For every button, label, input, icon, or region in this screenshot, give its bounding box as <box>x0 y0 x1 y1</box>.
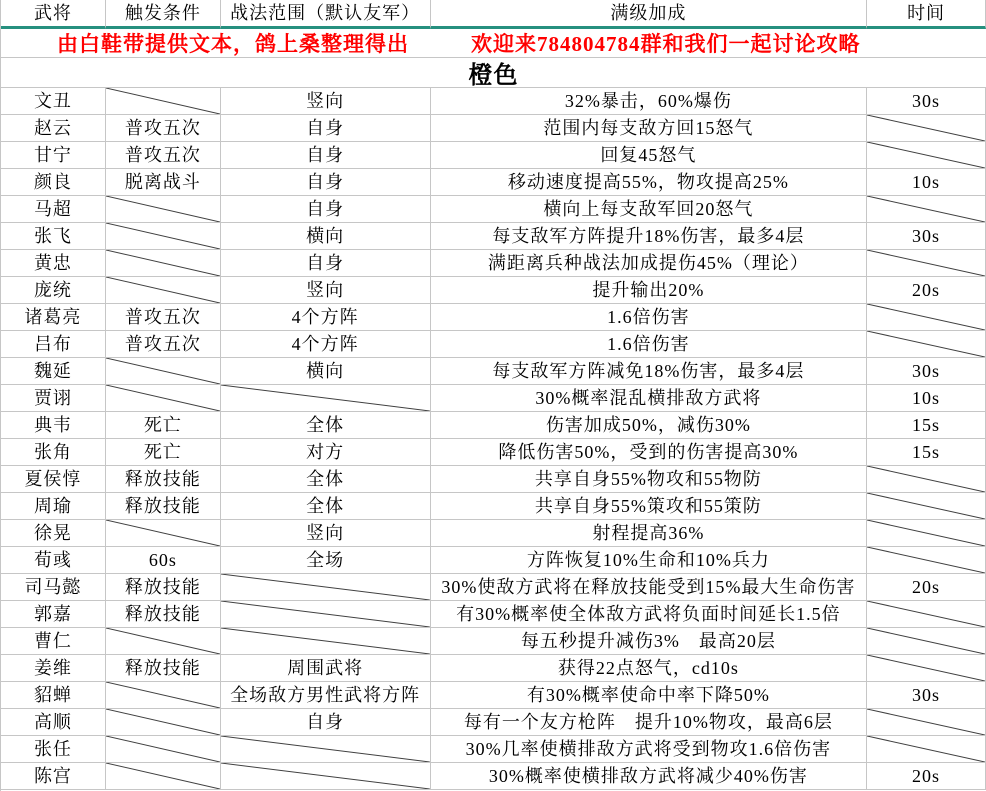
cell-range[interactable]: 自身 <box>221 250 431 277</box>
cell-text: 有30%概率使全体敌方武将负面时间延长1.5倍 <box>456 605 841 623</box>
cell-time[interactable] <box>867 655 986 682</box>
cell-text: 有30%概率使命中率下降50% <box>527 686 770 704</box>
table-row: 高顺自身每有一个友方枪阵 提升10%物攻，最高6层 <box>1 709 986 736</box>
cell-bonus[interactable]: 每支敌军方阵提升18%伤害，最多4层 <box>431 223 868 250</box>
cell-text: 张角 <box>34 443 72 461</box>
cell-bonus[interactable]: 方阵恢复10%生命和10%兵力 <box>431 547 868 574</box>
cell-text: 诸葛亮 <box>24 308 81 326</box>
cell-general[interactable]: 黄忠 <box>1 250 106 277</box>
diagonal-strikethrough-line <box>867 628 985 654</box>
cell-trigger[interactable]: 死亡 <box>106 439 221 466</box>
column-header-bonus[interactable]: 满级加成 <box>431 0 868 29</box>
cell-time[interactable]: 20s <box>867 763 986 790</box>
table-row: 魏延横向每支敌军方阵减免18%伤害，最多4层30s <box>1 358 986 385</box>
cell-text: 普攻五次 <box>125 146 201 164</box>
cell-text: 全场敌方男性武将方阵 <box>230 686 420 704</box>
cell-time[interactable] <box>867 520 986 547</box>
cell-time[interactable]: 30s <box>867 682 986 709</box>
cell-time[interactable] <box>867 250 986 277</box>
cell-text: 30%几率使横排敌方武将受到物攻1.6倍伤害 <box>466 740 832 758</box>
cell-text: 15s <box>912 416 940 434</box>
cell-trigger[interactable] <box>106 682 221 709</box>
cell-trigger[interactable] <box>106 223 221 250</box>
cell-time[interactable]: 30s <box>867 88 986 115</box>
cell-text: 竖向 <box>306 281 344 299</box>
cell-general[interactable]: 文丑 <box>1 88 106 115</box>
table-row: 郭嘉释放技能有30%概率使全体敌方武将负面时间延长1.5倍 <box>1 601 986 628</box>
cell-trigger[interactable]: 释放技能 <box>106 493 221 520</box>
diagonal-strikethrough-line <box>867 736 985 762</box>
cell-trigger[interactable]: 释放技能 <box>106 466 221 493</box>
cell-text: 自身 <box>306 713 344 731</box>
diagonal-strikethrough-line <box>867 493 985 519</box>
cell-text: 自身 <box>306 146 344 164</box>
cell-general[interactable]: 诸葛亮 <box>1 304 106 331</box>
diagonal-strikethrough-line <box>106 763 220 789</box>
cell-text: 每支敌军方阵减免18%伤害，最多4层 <box>492 362 804 380</box>
cell-text: 30s <box>912 686 940 704</box>
diagonal-strikethrough-line <box>867 250 985 276</box>
notice-row[interactable]: 由白鞋带提供文本，鸽上桑整理得出 欢迎来784804784群和我们一起讨论攻略 <box>1 29 986 58</box>
diagonal-strikethrough-line <box>867 331 985 357</box>
cell-general[interactable]: 张任 <box>1 736 106 763</box>
cell-text: 伤害加成50%，减伤30% <box>546 416 751 434</box>
table-row: 黄忠自身满距离兵种战法加成提伤45%（理论） <box>1 250 986 277</box>
diagonal-strikethrough-line <box>221 385 430 411</box>
cell-time[interactable]: 15s <box>867 412 986 439</box>
table-row: 庞统竖向提升输出20%20s <box>1 277 986 304</box>
cell-general[interactable]: 曹仁 <box>1 628 106 655</box>
cell-text: 释放技能 <box>125 659 201 677</box>
column-header-time[interactable]: 时间 <box>867 0 986 29</box>
cell-time[interactable]: 15s <box>867 439 986 466</box>
cell-range[interactable]: 自身 <box>221 709 431 736</box>
cell-text: 高顺 <box>34 713 72 731</box>
column-header-trigger[interactable]: 触发条件 <box>106 0 221 29</box>
cell-time[interactable]: 30s <box>867 223 986 250</box>
cell-time[interactable] <box>867 736 986 763</box>
cell-bonus[interactable]: 伤害加成50%，减伤30% <box>431 412 868 439</box>
diagonal-strikethrough-line <box>106 520 220 546</box>
diagonal-strikethrough-line <box>106 628 220 654</box>
cell-text: 司马懿 <box>24 578 81 596</box>
cell-trigger[interactable]: 释放技能 <box>106 655 221 682</box>
cell-general[interactable]: 魏延 <box>1 358 106 385</box>
cell-time[interactable] <box>867 709 986 736</box>
table-row: 张飞横向每支敌军方阵提升18%伤害，最多4层30s <box>1 223 986 250</box>
diagonal-strikethrough-line <box>867 196 985 222</box>
table-row: 司马懿释放技能30%使敌方武将在释放技能受到15%最大生命伤害20s <box>1 574 986 601</box>
diagonal-strikethrough-line <box>221 574 430 600</box>
cell-general[interactable]: 典韦 <box>1 412 106 439</box>
cell-text: 降低伤害50%，受到的伤害提高30% <box>498 443 798 461</box>
column-header-label: 满级加成 <box>610 4 686 22</box>
cell-text: 甘宁 <box>34 146 72 164</box>
table-row: 姜维释放技能周围武将获得22点怒气，cd10s <box>1 655 986 682</box>
cell-trigger[interactable] <box>106 709 221 736</box>
cell-bonus[interactable]: 范围内每支敌方回15怒气 <box>431 115 868 142</box>
cell-time[interactable] <box>867 331 986 358</box>
table-row: 马超自身横向上每支敌军回20怒气 <box>1 196 986 223</box>
cell-general[interactable]: 高顺 <box>1 709 106 736</box>
cell-text: 1.6倍伤害 <box>607 308 690 326</box>
cell-text: 10s <box>912 389 940 407</box>
table-row: 荀彧60s全场方阵恢复10%生命和10%兵力 <box>1 547 986 574</box>
cell-text: 竖向 <box>306 524 344 542</box>
diagonal-strikethrough-line <box>867 601 985 627</box>
cell-trigger[interactable] <box>106 250 221 277</box>
table-row: 貂蝉全场敌方男性武将方阵有30%概率使命中率下降50%30s <box>1 682 986 709</box>
cell-text: 30%使敌方武将在释放技能受到15%最大生命伤害 <box>441 578 855 596</box>
cell-text: 15s <box>912 443 940 461</box>
cell-range[interactable]: 自身 <box>221 169 431 196</box>
cell-text: 竖向 <box>306 92 344 110</box>
cell-text: 方阵恢复10%生命和10%兵力 <box>527 551 770 569</box>
diagonal-strikethrough-line <box>106 277 220 303</box>
cell-text: 横向 <box>306 362 344 380</box>
table-row: 吕布普攻五次4个方阵1.6倍伤害 <box>1 331 986 358</box>
cell-text: 吕布 <box>34 335 72 353</box>
cell-text: 周瑜 <box>34 497 72 515</box>
cell-bonus[interactable]: 满距离兵种战法加成提伤45%（理论） <box>431 250 868 277</box>
cell-text: 射程提高36% <box>592 524 704 542</box>
cell-range[interactable] <box>221 385 431 412</box>
cell-text: 每支敌军方阵提升18%伤害，最多4层 <box>492 227 804 245</box>
cell-bonus[interactable]: 横向上每支敌军回20怒气 <box>431 196 868 223</box>
cell-text: 脱离战斗 <box>125 173 201 191</box>
cell-range[interactable]: 全体 <box>221 493 431 520</box>
cell-text: 荀彧 <box>34 551 72 569</box>
cell-general[interactable]: 徐晃 <box>1 520 106 547</box>
cell-text: 30%概率使横排敌方武将减少40%伤害 <box>489 767 808 785</box>
cell-text: 回复45怒气 <box>600 146 696 164</box>
cell-text: 死亡 <box>144 443 182 461</box>
cell-text: 全体 <box>306 470 344 488</box>
cell-general[interactable]: 张角 <box>1 439 106 466</box>
cell-range[interactable]: 全体 <box>221 466 431 493</box>
cell-general[interactable]: 赵云 <box>1 115 106 142</box>
cell-time[interactable] <box>867 115 986 142</box>
cell-time[interactable] <box>867 304 986 331</box>
diagonal-strikethrough-line <box>221 601 430 627</box>
cell-time[interactable] <box>867 142 986 169</box>
cell-text: 4个方阵 <box>292 335 359 353</box>
diagonal-strikethrough-line <box>106 736 220 762</box>
cell-text: 释放技能 <box>125 497 201 515</box>
cell-text: 黄忠 <box>34 254 72 272</box>
column-header-range[interactable]: 战法范围（默认友军） <box>221 0 431 29</box>
cell-text: 魏延 <box>34 362 72 380</box>
cell-text: 释放技能 <box>125 578 201 596</box>
cell-general[interactable]: 颜良 <box>1 169 106 196</box>
cell-text: 张飞 <box>34 227 72 245</box>
cell-text: 30s <box>912 92 940 110</box>
cell-general[interactable]: 貂蝉 <box>1 682 106 709</box>
cell-bonus[interactable]: 30%几率使横排敌方武将受到物攻1.6倍伤害 <box>431 736 868 763</box>
diagonal-strikethrough-line <box>106 385 220 411</box>
cell-bonus[interactable]: 每五秒提升减伤3% 最高20层 <box>431 628 868 655</box>
cell-text: 每五秒提升减伤3% 最高20层 <box>521 632 776 650</box>
cell-range[interactable]: 4个方阵 <box>221 304 431 331</box>
cell-text: 释放技能 <box>125 605 201 623</box>
cell-text: 满距离兵种战法加成提伤45%（理论） <box>488 254 809 272</box>
diagonal-strikethrough-line <box>867 520 985 546</box>
cell-text: 全体 <box>306 416 344 434</box>
cell-bonus[interactable]: 每有一个友方枪阵 提升10%物攻，最高6层 <box>431 709 868 736</box>
cell-bonus[interactable]: 共享自身55%策攻和55策防 <box>431 493 868 520</box>
diagonal-strikethrough-line <box>867 466 985 492</box>
cell-trigger[interactable]: 普攻五次 <box>106 304 221 331</box>
cell-range[interactable] <box>221 601 431 628</box>
cell-general[interactable]: 吕布 <box>1 331 106 358</box>
cell-text: 姜维 <box>34 659 72 677</box>
diagonal-strikethrough-line <box>106 709 220 735</box>
cell-range[interactable] <box>221 763 431 790</box>
table-row: 贾诩30%概率混乱横排敌方武将10s <box>1 385 986 412</box>
cell-bonus[interactable]: 32%暴击，60%爆伤 <box>431 88 868 115</box>
cell-trigger[interactable]: 释放技能 <box>106 601 221 628</box>
cell-bonus[interactable]: 1.6倍伤害 <box>431 304 868 331</box>
cell-trigger[interactable]: 普攻五次 <box>106 331 221 358</box>
cell-text: 全体 <box>306 497 344 515</box>
cell-general[interactable]: 郭嘉 <box>1 601 106 628</box>
diagonal-strikethrough-line <box>867 142 985 168</box>
cell-time[interactable]: 20s <box>867 574 986 601</box>
cell-text: 对方 <box>306 443 344 461</box>
cell-bonus[interactable]: 共享自身55%物攻和55物防 <box>431 466 868 493</box>
cell-general[interactable]: 甘宁 <box>1 142 106 169</box>
cell-general[interactable]: 马超 <box>1 196 106 223</box>
table-row: 张角死亡对方降低伤害50%，受到的伤害提高30%15s <box>1 439 986 466</box>
cell-text: 共享自身55%物攻和55物防 <box>535 470 762 488</box>
table-header-row: 武将 触发条件 战法范围（默认友军） 满级加成 时间 <box>1 0 986 29</box>
cell-text: 普攻五次 <box>125 308 201 326</box>
diagonal-strikethrough-line <box>221 628 430 654</box>
cell-text: 典韦 <box>34 416 72 434</box>
notice-text-credit: 由白鞋带提供文本，鸽上桑整理得出 <box>57 28 409 58</box>
cell-text: 获得22点怒气，cd10s <box>558 659 739 677</box>
cell-text: 20s <box>912 767 940 785</box>
cell-trigger[interactable] <box>106 358 221 385</box>
cell-text: 张任 <box>34 740 72 758</box>
cell-text: 死亡 <box>144 416 182 434</box>
table-row: 诸葛亮普攻五次4个方阵1.6倍伤害 <box>1 304 986 331</box>
cell-trigger[interactable] <box>106 385 221 412</box>
table-body: 文丑竖向32%暴击，60%爆伤30s赵云普攻五次自身范围内每支敌方回15怒气甘宁… <box>1 88 986 790</box>
cell-range[interactable]: 对方 <box>221 439 431 466</box>
cell-time[interactable] <box>867 601 986 628</box>
cell-time[interactable]: 20s <box>867 277 986 304</box>
cell-time[interactable] <box>867 628 986 655</box>
notice-text-group-invite: 欢迎来784804784群和我们一起讨论攻略 <box>471 28 861 58</box>
section-title-row[interactable]: 橙色 <box>1 58 986 88</box>
cell-trigger[interactable]: 普攻五次 <box>106 115 221 142</box>
cell-trigger[interactable] <box>106 520 221 547</box>
cell-text: 普攻五次 <box>125 335 201 353</box>
table-row: 周瑜释放技能全体共享自身55%策攻和55策防 <box>1 493 986 520</box>
table-row: 陈宫30%概率使横排敌方武将减少40%伤害20s <box>1 763 986 790</box>
cell-range[interactable] <box>221 628 431 655</box>
diagonal-strikethrough-line <box>106 223 220 249</box>
column-header-general[interactable]: 武将 <box>1 0 106 29</box>
cell-range[interactable]: 自身 <box>221 142 431 169</box>
cell-trigger[interactable]: 普攻五次 <box>106 142 221 169</box>
column-header-label: 时间 <box>907 4 945 22</box>
cell-range[interactable]: 自身 <box>221 196 431 223</box>
cell-trigger[interactable] <box>106 736 221 763</box>
table-row: 典韦死亡全体伤害加成50%，减伤30%15s <box>1 412 986 439</box>
table-row: 徐晃竖向射程提高36% <box>1 520 986 547</box>
cell-bonus[interactable]: 每支敌军方阵减免18%伤害，最多4层 <box>431 358 868 385</box>
cell-range[interactable]: 全场敌方男性武将方阵 <box>221 682 431 709</box>
cell-time[interactable] <box>867 196 986 223</box>
cell-trigger[interactable]: 释放技能 <box>106 574 221 601</box>
cell-text: 全场 <box>306 551 344 569</box>
spreadsheet: 武将 触发条件 战法范围（默认友军） 满级加成 时间 由白鞋带提供文本，鸽上桑整… <box>0 0 986 791</box>
cell-text: 庞统 <box>34 281 72 299</box>
cell-text: 自身 <box>306 119 344 137</box>
diagonal-strikethrough-line <box>106 196 220 222</box>
diagonal-strikethrough-line <box>221 736 430 762</box>
diagonal-strikethrough-line <box>867 709 985 735</box>
cell-text: 60s <box>149 551 177 569</box>
column-header-label: 战法范围（默认友军） <box>230 4 420 22</box>
cell-text: 文丑 <box>34 92 72 110</box>
cell-range[interactable]: 全体 <box>221 412 431 439</box>
cell-time[interactable]: 10s <box>867 169 986 196</box>
diagonal-strikethrough-line <box>106 88 220 114</box>
cell-range[interactable] <box>221 736 431 763</box>
cell-text: 普攻五次 <box>125 119 201 137</box>
diagonal-strikethrough-line <box>867 547 985 573</box>
cell-range[interactable]: 4个方阵 <box>221 331 431 358</box>
cell-text: 横向 <box>306 227 344 245</box>
cell-general[interactable]: 周瑜 <box>1 493 106 520</box>
cell-text: 赵云 <box>34 119 72 137</box>
cell-text: 1.6倍伤害 <box>607 335 690 353</box>
cell-range[interactable]: 周围武将 <box>221 655 431 682</box>
diagonal-strikethrough-line <box>867 115 985 141</box>
diagonal-strikethrough-line <box>106 250 220 276</box>
cell-bonus[interactable]: 射程提高36% <box>431 520 868 547</box>
cell-time[interactable]: 30s <box>867 358 986 385</box>
cell-trigger[interactable]: 60s <box>106 547 221 574</box>
cell-text: 共享自身55%策攻和55策防 <box>535 497 762 515</box>
cell-text: 徐晃 <box>34 524 72 542</box>
table-row: 夏侯惇释放技能全体共享自身55%物攻和55物防 <box>1 466 986 493</box>
table-row: 曹仁每五秒提升减伤3% 最高20层 <box>1 628 986 655</box>
cell-text: 自身 <box>306 200 344 218</box>
cell-range[interactable]: 横向 <box>221 358 431 385</box>
cell-text: 颜良 <box>34 173 72 191</box>
column-header-label: 武将 <box>34 4 72 22</box>
cell-text: 周围武将 <box>287 659 363 677</box>
cell-text: 30%概率混乱横排敌方武将 <box>535 389 761 407</box>
cell-text: 4个方阵 <box>292 308 359 326</box>
cell-range[interactable] <box>221 574 431 601</box>
cell-range[interactable]: 竖向 <box>221 277 431 304</box>
diagonal-strikethrough-line <box>867 655 985 681</box>
cell-general[interactable]: 司马懿 <box>1 574 106 601</box>
table-row: 赵云普攻五次自身范围内每支敌方回15怒气 <box>1 115 986 142</box>
cell-trigger[interactable]: 脱离战斗 <box>106 169 221 196</box>
cell-bonus[interactable]: 降低伤害50%，受到的伤害提高30% <box>431 439 868 466</box>
cell-text: 20s <box>912 281 940 299</box>
cell-text: 30s <box>912 227 940 245</box>
cell-general[interactable]: 陈宫 <box>1 763 106 790</box>
cell-trigger[interactable] <box>106 763 221 790</box>
cell-bonus[interactable]: 获得22点怒气，cd10s <box>431 655 868 682</box>
table-row: 颜良脱离战斗自身移动速度提高55%，物攻提高25%10s <box>1 169 986 196</box>
cell-bonus[interactable]: 30%使敌方武将在释放技能受到15%最大生命伤害 <box>431 574 868 601</box>
cell-text: 陈宫 <box>34 767 72 785</box>
cell-bonus[interactable]: 30%概率混乱横排敌方武将 <box>431 385 868 412</box>
cell-trigger[interactable]: 死亡 <box>106 412 221 439</box>
cell-text: 贾诩 <box>34 389 72 407</box>
cell-range[interactable]: 竖向 <box>221 88 431 115</box>
cell-bonus[interactable]: 移动速度提高55%，物攻提高25% <box>431 169 868 196</box>
diagonal-strikethrough-line <box>221 763 430 789</box>
cell-text: 10s <box>912 173 940 191</box>
cell-text: 马超 <box>34 200 72 218</box>
cell-text: 郭嘉 <box>34 605 72 623</box>
cell-text: 每有一个友方枪阵 提升10%物攻，最高6层 <box>464 713 833 731</box>
column-header-label: 触发条件 <box>125 4 201 22</box>
cell-bonus[interactable]: 有30%概率使全体敌方武将负面时间延长1.5倍 <box>431 601 868 628</box>
cell-bonus[interactable]: 有30%概率使命中率下降50% <box>431 682 868 709</box>
cell-general[interactable]: 荀彧 <box>1 547 106 574</box>
cell-general[interactable]: 张飞 <box>1 223 106 250</box>
section-title: 橙色 <box>469 55 519 90</box>
cell-general[interactable]: 夏侯惇 <box>1 466 106 493</box>
cell-text: 提升输出20% <box>592 281 704 299</box>
cell-text: 释放技能 <box>125 470 201 488</box>
cell-time[interactable]: 10s <box>867 385 986 412</box>
cell-range[interactable]: 全场 <box>221 547 431 574</box>
cell-text: 30s <box>912 362 940 380</box>
diagonal-strikethrough-line <box>106 682 220 708</box>
table-row: 文丑竖向32%暴击，60%爆伤30s <box>1 88 986 115</box>
cell-time[interactable] <box>867 466 986 493</box>
cell-general[interactable]: 贾诩 <box>1 385 106 412</box>
cell-general[interactable]: 庞统 <box>1 277 106 304</box>
cell-trigger[interactable] <box>106 88 221 115</box>
cell-time[interactable] <box>867 547 986 574</box>
cell-text: 20s <box>912 578 940 596</box>
cell-text: 自身 <box>306 173 344 191</box>
cell-general[interactable]: 姜维 <box>1 655 106 682</box>
cell-text: 范围内每支敌方回15怒气 <box>543 119 753 137</box>
cell-trigger[interactable] <box>106 277 221 304</box>
cell-bonus[interactable]: 1.6倍伤害 <box>431 331 868 358</box>
cell-text: 貂蝉 <box>34 686 72 704</box>
cell-range[interactable]: 自身 <box>221 115 431 142</box>
cell-text: 曹仁 <box>34 632 72 650</box>
cell-range[interactable]: 竖向 <box>221 520 431 547</box>
cell-bonus[interactable]: 30%概率使横排敌方武将减少40%伤害 <box>431 763 868 790</box>
cell-range[interactable]: 横向 <box>221 223 431 250</box>
table-row: 甘宁普攻五次自身回复45怒气 <box>1 142 986 169</box>
cell-bonus[interactable]: 回复45怒气 <box>431 142 868 169</box>
cell-text: 自身 <box>306 254 344 272</box>
cell-text: 32%暴击，60%爆伤 <box>565 92 732 110</box>
cell-trigger[interactable] <box>106 628 221 655</box>
cell-time[interactable] <box>867 493 986 520</box>
cell-trigger[interactable] <box>106 196 221 223</box>
cell-text: 夏侯惇 <box>24 470 81 488</box>
cell-bonus[interactable]: 提升输出20% <box>431 277 868 304</box>
cell-text: 横向上每支敌军回20怒气 <box>543 200 753 218</box>
